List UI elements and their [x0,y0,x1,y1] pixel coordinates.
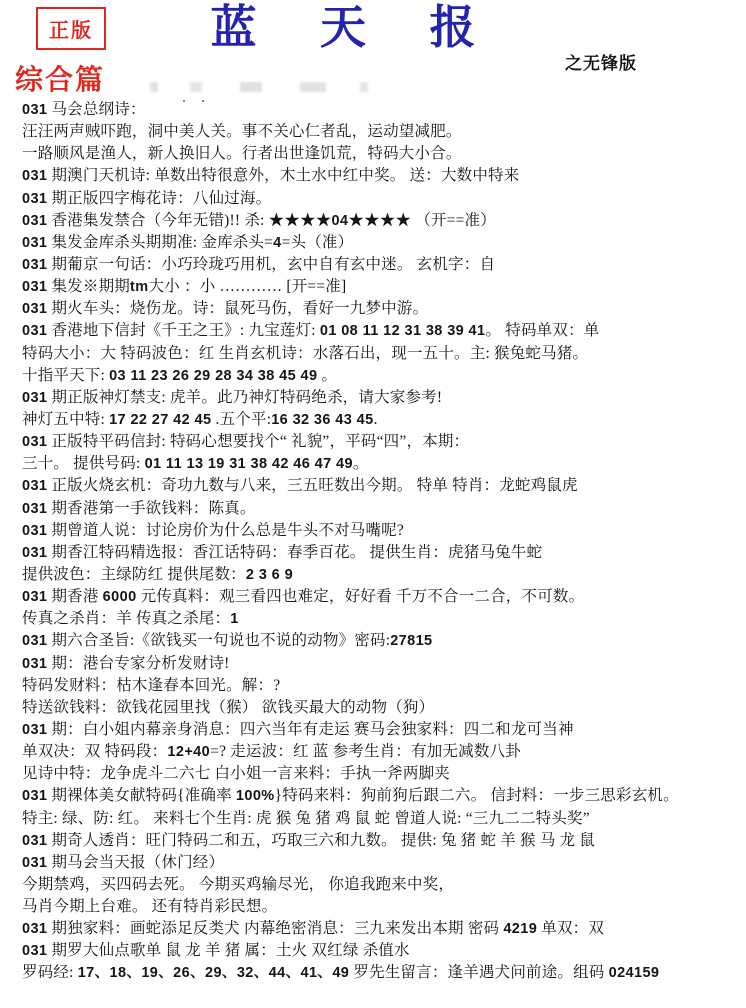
text-line: 031 期香江特码精选报：香江话特码：春季百花。 提供生肖：虎猪马兔牛蛇 [22,542,744,564]
text-line: 单双决：双 特码段：12+40=? 走运波：红 蓝 参考生肖：有加无减数八卦 [22,741,744,763]
text-line: 031 期：港台专家分析发财诗! [22,653,744,675]
text-line: 一路顺风是渔人，新人换旧人。行者出世逢饥荒，特码大小合。 [22,143,744,165]
text-line: 031 期香港第一手欲钱料：陈真。 [22,498,744,520]
text-line: 031 期正版四字梅花诗：八仙过海。 [22,188,744,210]
text-line: 031 期葡京一句话：小巧玲珑巧用机，玄中自有玄中迷。 玄机字：自 [22,254,744,276]
text-line: 031 期澳门天机诗: 单数出特很意外，木土水中红中奖。 送：大数中特来 [22,165,744,187]
text-line: 神灯五中特: 17 22 27 42 45 .五个平:16 32 36 43 4… [22,409,744,431]
text-line: 031 期正版神灯禁支: 虎羊。此乃神灯特码绝杀，请大家参考! [22,387,744,409]
page-title: 蓝 天 报 [0,2,686,54]
text-line: 031 香港地下信封《千王之王》: 九宝莲灯: 01 08 11 12 31 3… [22,320,744,342]
text-line: 汪汪两声贼吓跑，洞中美人关。事不关心仁者乱，运动望减肥。 [22,121,744,143]
text-line: 传真之杀肖：羊 传真之杀尾：1 [22,608,744,630]
text-line: 031 期六合圣旨:《欲钱买一句说也不说的动物》密码:27815 [22,630,744,652]
scan-smudge-decoration [150,82,410,92]
text-line: 提供波色：主绿防红 提供尾数：2 3 6 9 [22,564,744,586]
text-line: 031 集发金库杀头期期准: 金库杀头=4=头（准） [22,232,744,254]
text-line: 031 期曾道人说：讨论房价为什么总是牛头不对马嘴呢? [22,520,744,542]
text-line: 马肖今期上台难。 还有特肖彩民想。 [22,896,744,918]
text-line: 031 期裸体美女献特码{准确率 100%}特码来料：狗前狗后跟二六。 信封料：… [22,785,744,807]
text-line: 031 马会总纲诗： [22,99,744,121]
text-line: 特主: 绿、防: 红。 来料七个生肖: 虎 猴 兔 猪 鸡 鼠 蛇 曾道人说: … [22,808,744,830]
text-line: 031 期独家料：画蛇添足反类犬 内幕绝密消息：三九来发出本期 密码 4219 … [22,918,744,940]
text-line: 031 期奇人透肖：旺门特码二和五，巧取三六和九数。 提供: 兔 猪 蛇 羊 猴… [22,830,744,852]
text-line: 三十。 提供号码: 01 11 13 19 31 38 42 46 47 49。 [22,453,744,475]
content-lines: 031 马会总纲诗：汪汪两声贼吓跑，洞中美人关。事不关心仁者乱，运动望减肥。一路… [22,99,744,985]
text-line: 031 香港集发禁合（今年无错)!! 杀: ★★★★04★★★★ （开==准） [22,210,744,232]
text-line: 见诗中特：龙争虎斗二六七 白小姐一言来料：手执一斧两脚夹 [22,763,744,785]
text-line: 031 正版特平码信封: 特码心想要找个“ 礼貌”，平码“四”，本期： [22,431,744,453]
newspaper-page: 正版 蓝 天 报 之无锋版 综合篇 · · 031 马会总纲诗：汪汪两声贼吓跑，… [0,0,746,1008]
text-line: 十指平天下: 03 11 23 26 29 28 34 38 45 49 。 [22,365,744,387]
text-line: 031 正版火烧玄机：奇功九数与八来，三五旺数出今期。 特单 特肖：龙蛇鸡鼠虎 [22,475,744,497]
text-line: 031 集发※期期tm大小 ：小 ………… [开==准] [22,276,744,298]
text-line: 罗码经: 17、18、19、26、29、32、44、41、49 罗先生留言：逢羊… [22,962,744,984]
section-title: 综合篇 [15,58,105,98]
text-line: 031 期：白小姐内幕亲身消息：四六当年有走运 赛马会独家料：四二和龙可当神 [22,719,744,741]
text-line: 031 期罗大仙点歌单 鼠 龙 羊 猪 属：土火 双红绿 杀值水 [22,940,744,962]
edition-label: 之无锋版 [565,49,637,74]
text-line: 特码发财料：枯木逢春本回光。解：? [22,675,744,697]
text-line: 今期禁鸡，买四码去死。 今期买鸡输尽光， 你追我跑来中奖， [22,874,744,896]
text-line: 特码大小：大 特码波色：红 生肖玄机诗：水落石出，现一五十。主: 猴兔蛇马猪。 [22,343,744,365]
text-line: 031 期马会当天报（休门经） [22,852,744,874]
text-line: 031 期香港 6000 元传真料：观三看四也难定，好好看 千万不合一二合，不可… [22,586,744,608]
text-line: 特送欲钱料：欲钱花园里找（猴） 欲钱买最大的动物（狗） [22,697,744,719]
text-line: 031 期火车头：烧伤龙。诗：鼠死马伤，看好一九梦中游。 [22,298,744,320]
